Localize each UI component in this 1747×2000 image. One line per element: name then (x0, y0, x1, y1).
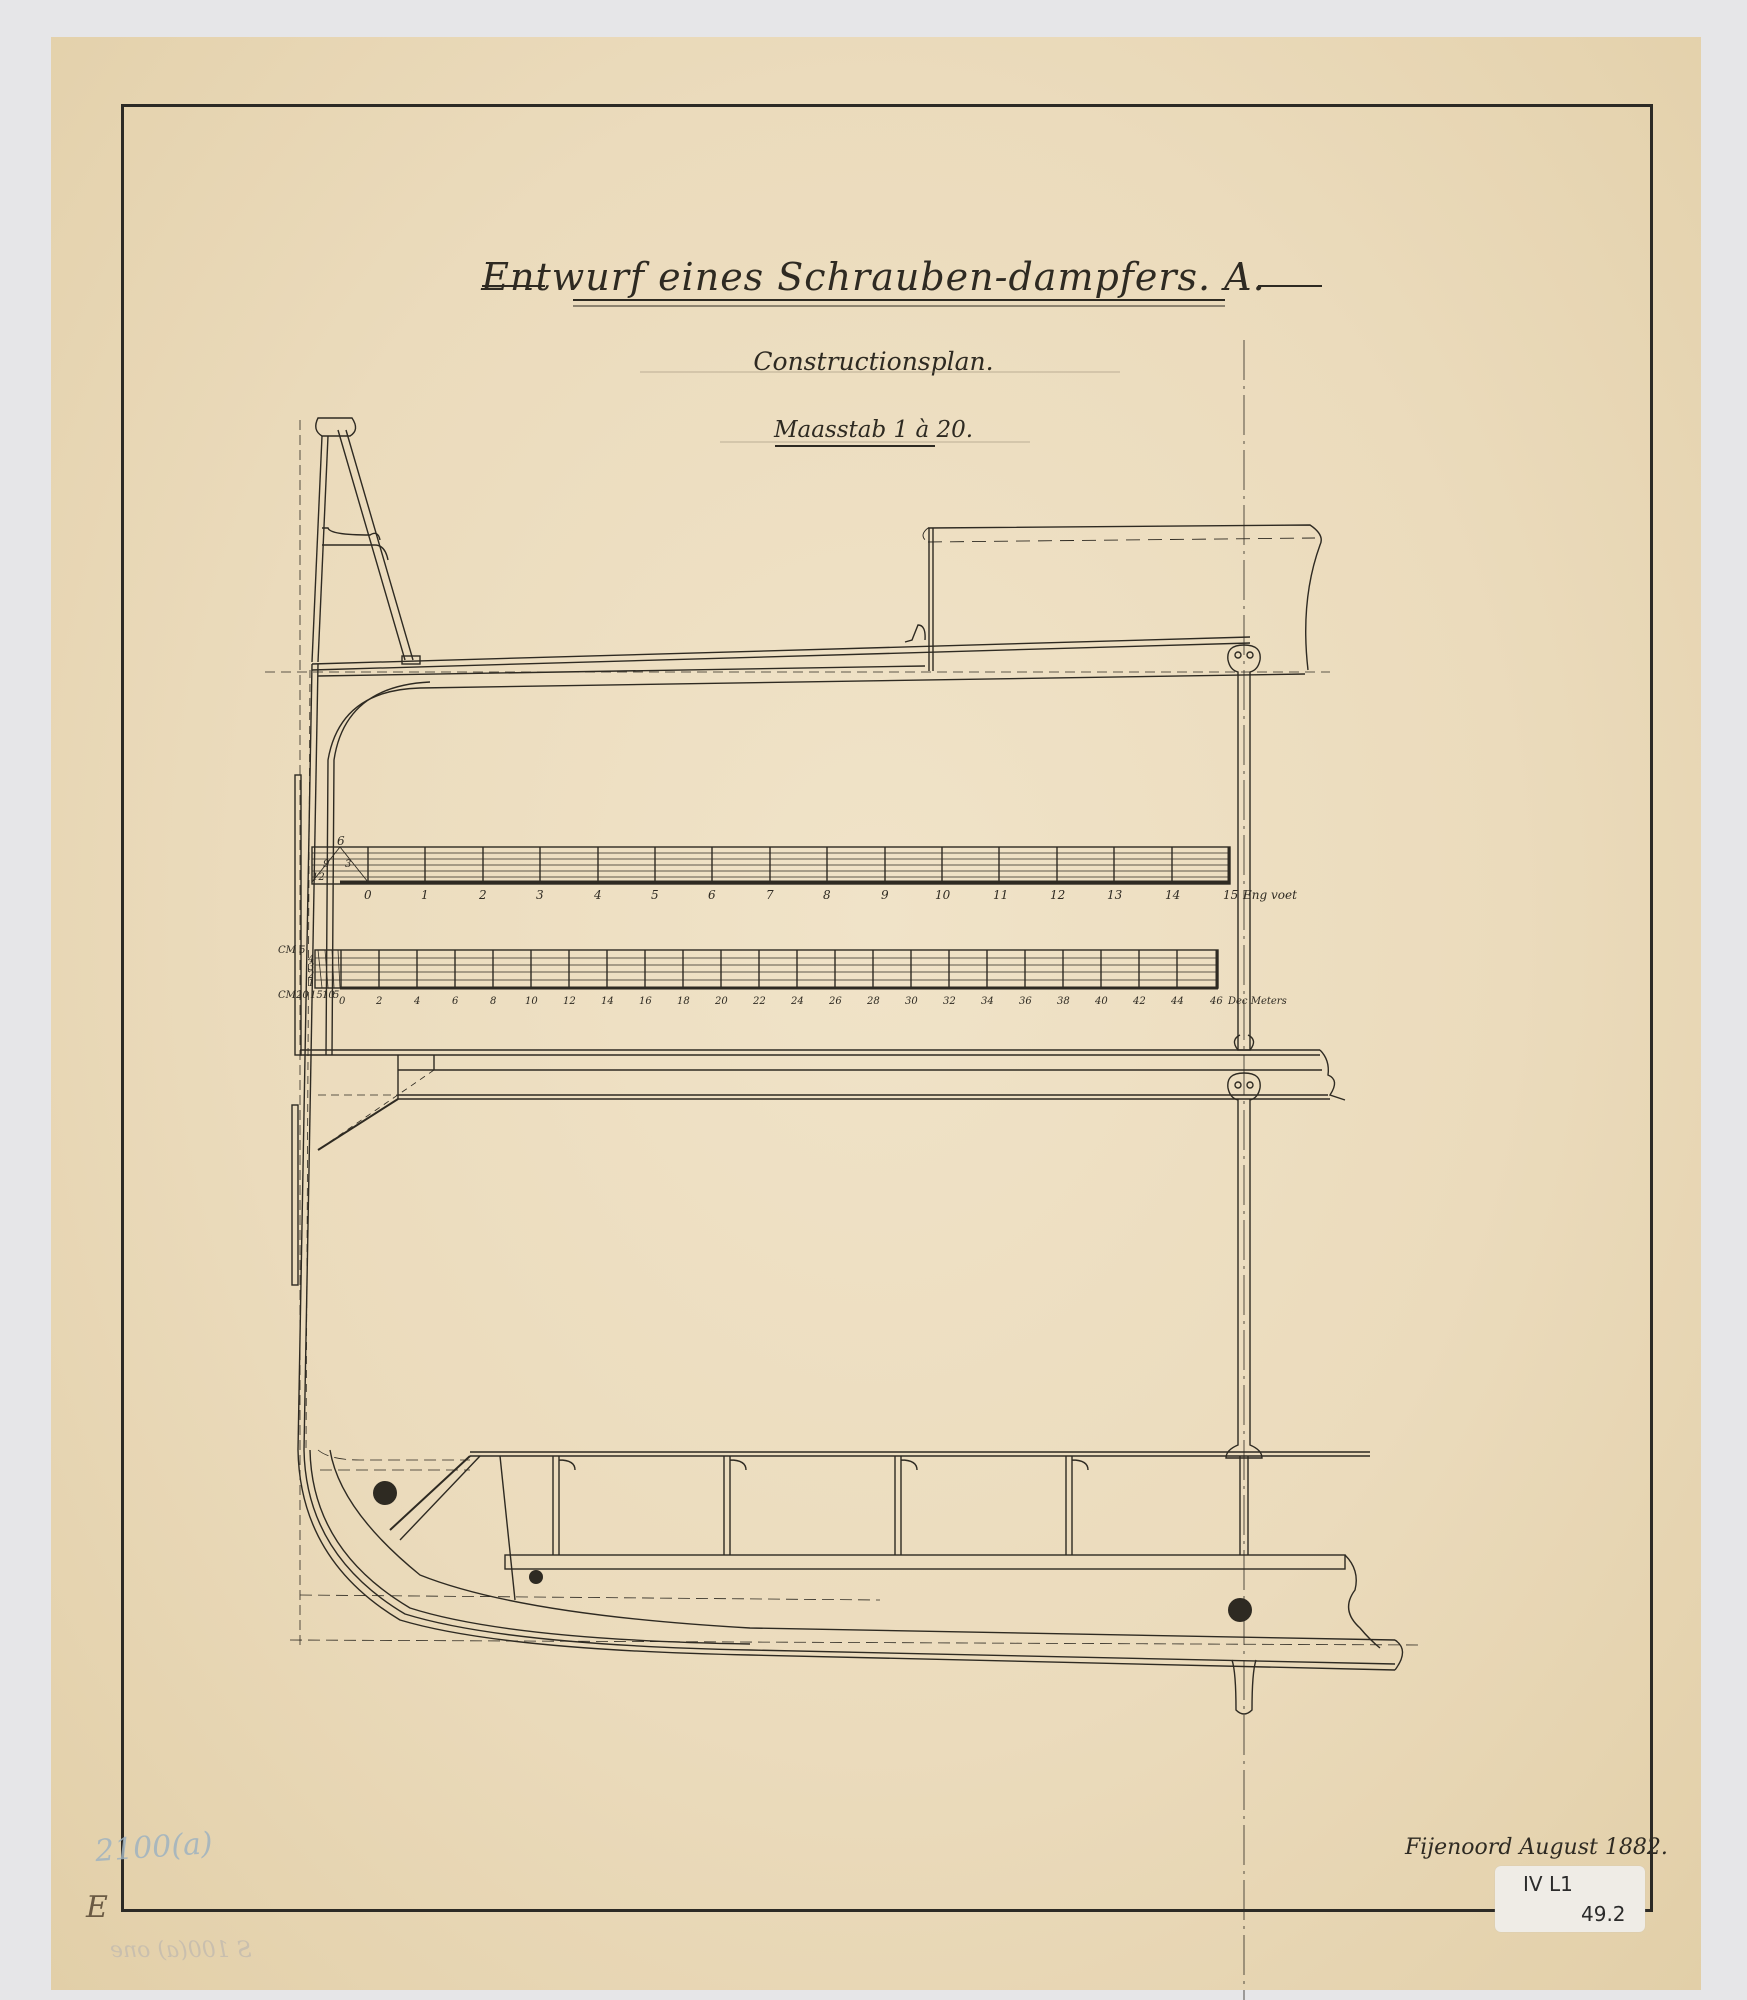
svg-text:24: 24 (790, 996, 804, 1007)
svg-text:CM: CM (278, 990, 297, 1001)
svg-text:6: 6 (337, 834, 345, 848)
svg-text:CM 5: CM 5 (278, 945, 305, 956)
svg-text:32: 32 (943, 996, 956, 1007)
corner-mark: E (86, 1890, 108, 1925)
svg-text:4: 4 (593, 888, 602, 902)
svg-text:8: 8 (823, 888, 831, 902)
title-rules (482, 286, 1322, 446)
svg-text:12: 12 (563, 996, 576, 1007)
svg-text:26: 26 (828, 996, 842, 1007)
svg-text:Eng voet: Eng voet (1242, 888, 1297, 902)
upper-deck (265, 637, 1330, 1055)
reverse-stamp: S 100(a) one (110, 1938, 252, 1963)
svg-text:6: 6 (452, 996, 459, 1007)
svg-text:3: 3 (536, 888, 544, 902)
svg-text:10: 10 (935, 888, 951, 902)
archive-label: IV L1 49.2 (1495, 1866, 1645, 1932)
svg-text:20: 20 (714, 996, 728, 1007)
svg-text:0: 0 (364, 888, 372, 902)
svg-text:42: 42 (1132, 996, 1146, 1007)
svg-text:2: 2 (478, 888, 487, 902)
svg-text:20: 20 (295, 990, 309, 1001)
svg-text:1: 1 (421, 888, 429, 902)
svg-text:9: 9 (881, 888, 889, 902)
archive-label-line2: 49.2 (1581, 1902, 1626, 1926)
bulwark-stanchion (312, 418, 420, 664)
scale-bar-feet (312, 847, 1230, 884)
scale-meters-labels: CM 5 4 3 2 1 CM 20 15 10 5 0 2 4 6 8 10 … (278, 945, 1287, 1007)
svg-text:0: 0 (339, 996, 346, 1007)
svg-text:14: 14 (601, 996, 614, 1007)
svg-text:18: 18 (677, 996, 690, 1007)
svg-text:7: 7 (766, 888, 774, 902)
hatch-coaming (905, 525, 1321, 671)
svg-text:44: 44 (1170, 996, 1184, 1007)
svg-text:15: 15 (310, 990, 323, 1001)
ship-section-drawing: 6 9 3 12 0 1 2 3 4 5 6 7 8 9 10 11 12 13… (0, 0, 1747, 2000)
scale-feet-labels: 6 9 3 12 0 1 2 3 4 5 6 7 8 9 10 11 12 13… (312, 834, 1297, 902)
side-shell (292, 664, 318, 1450)
svg-text:12: 12 (1050, 888, 1065, 902)
svg-text:30: 30 (905, 996, 918, 1007)
svg-text:28: 28 (866, 996, 880, 1007)
scale-bar-meters (315, 950, 1218, 988)
svg-text:12: 12 (312, 872, 325, 883)
svg-text:1: 1 (308, 978, 314, 989)
svg-text:5: 5 (651, 888, 659, 902)
svg-text:46: 46 (1209, 996, 1223, 1007)
floors (553, 1456, 1248, 1555)
svg-text:36: 36 (1019, 996, 1032, 1007)
svg-text:Dec Meters: Dec Meters (1227, 996, 1287, 1007)
svg-text:22: 22 (752, 996, 766, 1007)
bilge-and-bottom (290, 1450, 1420, 1670)
svg-text:2: 2 (375, 996, 382, 1007)
svg-text:38: 38 (1057, 996, 1070, 1007)
svg-text:13: 13 (1107, 888, 1123, 902)
svg-text:14: 14 (1165, 888, 1180, 902)
middle-deck (300, 1050, 1345, 1150)
inner-bottom (390, 1452, 1380, 1648)
archive-label-line1: IV L1 (1523, 1872, 1573, 1896)
signature: Fijenoord August 1882. (1405, 1835, 1668, 1860)
svg-text:8: 8 (490, 996, 496, 1007)
svg-text:10: 10 (525, 996, 538, 1007)
svg-text:4: 4 (413, 996, 420, 1007)
svg-text:11: 11 (993, 888, 1008, 902)
svg-text:6: 6 (708, 888, 716, 902)
svg-text:34: 34 (981, 996, 994, 1007)
svg-text:3: 3 (345, 859, 351, 870)
svg-text:16: 16 (639, 996, 652, 1007)
svg-text:15: 15 (1223, 888, 1238, 902)
svg-text:9: 9 (323, 859, 330, 870)
svg-text:40: 40 (1094, 996, 1108, 1007)
